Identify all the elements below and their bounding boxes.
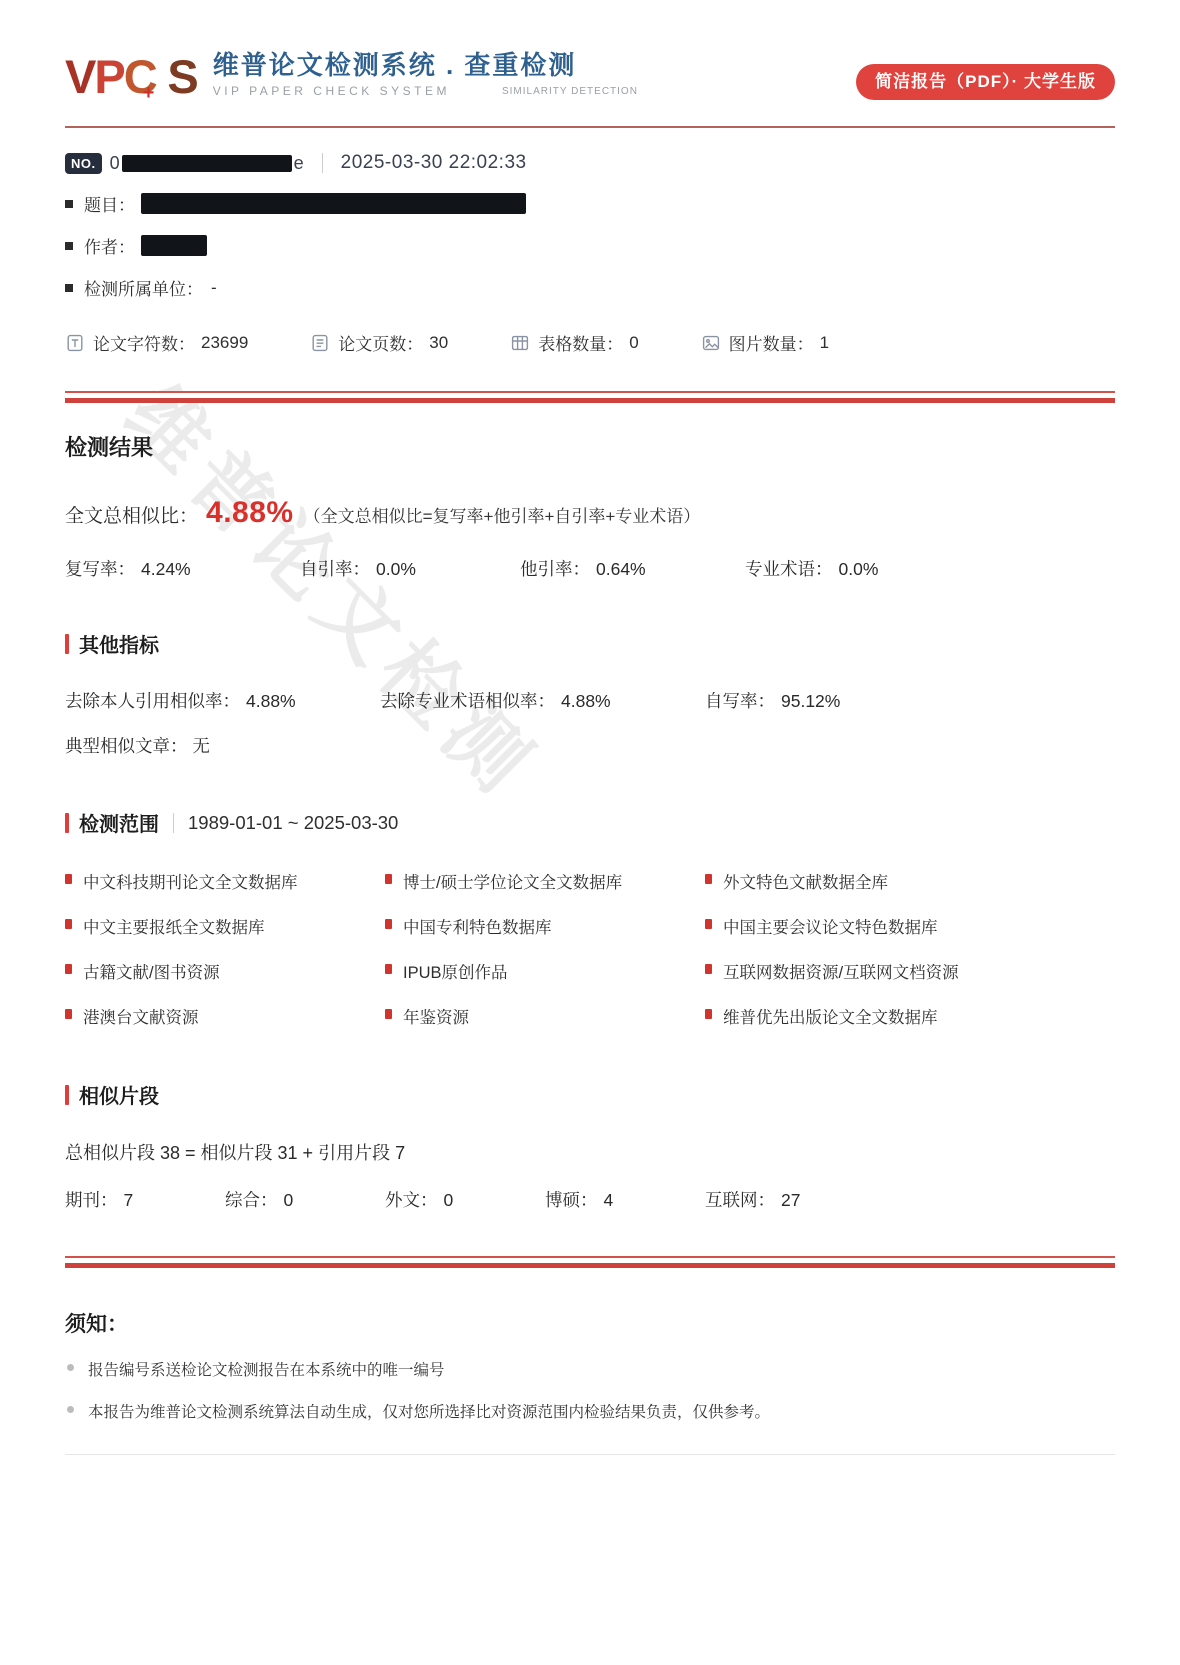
square-bullet-icon xyxy=(65,242,73,250)
count-internet: 互联网：27 xyxy=(705,1187,800,1212)
database-item: 外文特色文献数据全库 xyxy=(705,869,1115,893)
red-bar-icon xyxy=(65,1085,69,1105)
notice-text: 本报告为维普论文检测系统算法自动生成，仅对您所选择比对资源范围内检验结果负责，仅… xyxy=(88,1400,770,1422)
scope-title: 检测范围 xyxy=(79,808,159,837)
report-number-redaction xyxy=(122,155,292,172)
red-bar-icon xyxy=(65,634,69,654)
fragments-title: 相似片段 xyxy=(79,1080,159,1109)
meta-label: 检测所属单位： xyxy=(84,275,203,300)
section-separator xyxy=(65,391,1115,403)
logo-text-block: 维普论文检测系统 . 查重检测 VIP PAPER CHECK SYSTEM S… xyxy=(213,48,638,98)
metric-self-written: 自写率：95.12% xyxy=(705,688,840,713)
database-name: 年鉴资源 xyxy=(403,1004,469,1028)
database-item: IPUB原创作品 xyxy=(385,959,705,983)
report-number-row: NO. 0 e 2025-03-30 22:02:33 xyxy=(65,152,1115,174)
database-name: 中国专利特色数据库 xyxy=(403,914,552,938)
report-number-prefix: 0 xyxy=(110,153,120,174)
section-separator xyxy=(65,1256,1115,1268)
report-date: 2025-03-30 22:02:33 xyxy=(341,152,527,174)
database-item: 互联网数据资源/互联网文档资源 xyxy=(705,959,1115,983)
metric-excl-terminology: 去除专业术语相似率：4.88% xyxy=(380,688,705,713)
rate-value: 4.24% xyxy=(141,559,191,579)
dot-bullet-icon xyxy=(67,1406,74,1413)
database-name: 互联网数据资源/互联网文档资源 xyxy=(723,959,959,983)
document-stats-row: 论文字符数： 23699 论文页数： 30 表格数量： 0 xyxy=(65,330,1115,355)
rate-other-cite: 他引率：0.64% xyxy=(520,556,745,581)
total-similarity-label: 全文总相似比： xyxy=(65,501,198,528)
database-item: 中文主要报纸全文数据库 xyxy=(65,914,385,938)
logo-letter-s: S xyxy=(167,50,196,103)
count-label: 博硕： xyxy=(545,1190,598,1210)
red-bar-icon xyxy=(65,813,69,833)
image-count-icon xyxy=(701,333,721,353)
metric-excl-self-citation: 去除本人引用相似率：4.88% xyxy=(65,688,380,713)
count-thesis: 博硕：4 xyxy=(545,1187,705,1212)
meta-field-unit: 检测所属单位： - xyxy=(65,275,1115,300)
logo-letter-p: P xyxy=(94,50,123,103)
database-name: 中文主要报纸全文数据库 xyxy=(83,914,265,938)
stat-char-count: 论文字符数： 23699 xyxy=(65,330,248,355)
meta-divider xyxy=(322,153,323,173)
dot-bullet-icon xyxy=(67,1364,74,1371)
other-metrics-title: 其他指标 xyxy=(79,629,159,658)
report-header: VPC+S 维普论文检测系统 . 查重检测 VIP PAPER CHECK SY… xyxy=(65,0,1115,128)
count-label: 综合： xyxy=(225,1190,278,1210)
count-journal: 期刊：7 xyxy=(65,1187,225,1212)
database-item: 年鉴资源 xyxy=(385,1004,705,1028)
report-page: 维普论文检测 VPC+S 维普论文检测系统 . 查重检测 VIP PAPER C… xyxy=(0,0,1180,1665)
database-item: 中国专利特色数据库 xyxy=(385,914,705,938)
database-item: 古籍文献/图书资源 xyxy=(65,959,385,983)
result-heading: 检测结果 xyxy=(65,431,1115,462)
fragments-summary: 总相似片段 38 = 相似片段 31 + 引用片段 7 xyxy=(65,1139,1115,1165)
meta-label: 题目： xyxy=(84,191,135,216)
vpcs-logo-mark: VPC+S xyxy=(65,48,197,116)
page-count-icon xyxy=(310,333,330,353)
metric-value: 4.88% xyxy=(246,691,296,711)
square-bullet-icon xyxy=(65,284,73,292)
fragments-counts-row: 期刊：7 综合：0 外文：0 博硕：4 互联网：27 xyxy=(65,1187,1115,1212)
notice-heading: 须知： xyxy=(65,1308,1115,1338)
report-meta: NO. 0 e 2025-03-30 22:02:33 题目： 作者： 检测所属… xyxy=(65,152,1115,300)
database-item: 港澳台文献资源 xyxy=(65,1004,385,1028)
rate-copy: 复写率：4.24% xyxy=(65,556,300,581)
similarity-formula: （全文总相似比=复写率+他引率+自引率+专业术语） xyxy=(304,502,701,527)
rate-value: 0.0% xyxy=(376,559,416,579)
red-square-bullet-icon xyxy=(705,874,712,884)
count-value: 7 xyxy=(124,1190,134,1210)
scope-divider xyxy=(173,813,174,833)
stat-table-count: 表格数量： 0 xyxy=(510,330,638,355)
square-bullet-icon xyxy=(65,200,73,208)
red-square-bullet-icon xyxy=(705,919,712,929)
database-list: 中文科技期刊论文全文数据库 博士/硕士学位论文全文数据库 外文特色文献数据全库 … xyxy=(65,869,1115,1028)
rate-label: 他引率： xyxy=(520,559,590,579)
meta-value: - xyxy=(211,278,217,298)
bottom-divider xyxy=(65,1454,1115,1455)
metric-label: 自写率： xyxy=(705,691,775,711)
count-label: 互联网： xyxy=(705,1190,775,1210)
rate-label: 复写率： xyxy=(65,559,135,579)
other-metrics-row: 去除本人引用相似率：4.88% 去除专业术语相似率：4.88% 自写率：95.1… xyxy=(65,688,1115,713)
rate-value: 0.64% xyxy=(596,559,646,579)
report-number-suffix: e xyxy=(294,153,304,174)
rate-value: 0.0% xyxy=(839,559,879,579)
metric-value: 4.88% xyxy=(561,691,611,711)
stat-page-count: 论文页数： 30 xyxy=(310,330,448,355)
stat-label: 论文页数： xyxy=(338,330,423,355)
typical-label: 典型相似文章： xyxy=(65,736,188,756)
database-name: 博士/硕士学位论文全文数据库 xyxy=(403,869,622,893)
stat-label: 表格数量： xyxy=(538,330,623,355)
metric-label: 去除本人引用相似率： xyxy=(65,691,240,711)
table-count-icon xyxy=(510,333,530,353)
author-redaction xyxy=(141,235,207,256)
stat-value: 23699 xyxy=(201,333,248,353)
red-square-bullet-icon xyxy=(65,1009,72,1019)
rates-row: 复写率：4.24% 自引率：0.0% 他引率：0.64% 专业术语：0.0% xyxy=(65,556,1115,581)
scope-date-range: 1989-01-01 ~ 2025-03-30 xyxy=(188,812,398,834)
stat-label: 论文字符数： xyxy=(93,330,195,355)
system-title: 维普论文检测系统 . 查重检测 xyxy=(213,48,638,82)
database-name: 古籍文献/图书资源 xyxy=(83,959,220,983)
red-square-bullet-icon xyxy=(65,919,72,929)
database-name: 中文科技期刊论文全文数据库 xyxy=(83,869,298,893)
database-item: 维普优先出版论文全文数据库 xyxy=(705,1004,1115,1028)
stat-value: 1 xyxy=(820,333,829,353)
report-type-badge: 简洁报告（PDF）· 大学生版 xyxy=(856,64,1115,100)
subtitle-en-left: VIP PAPER CHECK SYSTEM xyxy=(213,84,450,98)
meta-field-title: 题目： xyxy=(65,191,1115,216)
notice-item: 报告编号系送检论文检测报告在本系统中的唯一编号 xyxy=(65,1358,1115,1380)
red-square-bullet-icon xyxy=(385,874,392,884)
char-count-icon xyxy=(65,333,85,353)
logo-plus-icon: + xyxy=(143,82,155,104)
database-item: 博士/硕士学位论文全文数据库 xyxy=(385,869,705,893)
database-name: 外文特色文献数据全库 xyxy=(723,869,888,893)
red-square-bullet-icon xyxy=(705,1009,712,1019)
typical-article-line: 典型相似文章： 无 xyxy=(65,733,1115,758)
count-value: 27 xyxy=(781,1190,800,1210)
rate-self-cite: 自引率：0.0% xyxy=(300,556,520,581)
count-value: 0 xyxy=(284,1190,294,1210)
rate-label: 自引率： xyxy=(300,559,370,579)
red-square-bullet-icon xyxy=(65,964,72,974)
total-similarity-line: 全文总相似比： 4.88% （全文总相似比=复写率+他引率+自引率+专业术语） xyxy=(65,496,1115,530)
count-label: 期刊： xyxy=(65,1190,118,1210)
red-square-bullet-icon xyxy=(705,964,712,974)
subtitle-en-right: SIMILARITY DETECTION xyxy=(502,86,638,98)
count-comprehensive: 综合：0 xyxy=(225,1187,385,1212)
title-redaction xyxy=(141,193,526,214)
red-square-bullet-icon xyxy=(385,919,392,929)
database-name: IPUB原创作品 xyxy=(403,959,508,983)
red-square-bullet-icon xyxy=(385,1009,392,1019)
metric-value: 95.12% xyxy=(781,691,840,711)
count-value: 4 xyxy=(604,1190,614,1210)
red-square-bullet-icon xyxy=(65,874,72,884)
database-item: 中文科技期刊论文全文数据库 xyxy=(65,869,385,893)
database-name: 港澳台文献资源 xyxy=(83,1004,199,1028)
vpcs-logo: VPC+S 维普论文检测系统 . 查重检测 VIP PAPER CHECK SY… xyxy=(65,48,638,116)
metric-label: 去除专业术语相似率： xyxy=(380,691,555,711)
stat-image-count: 图片数量： 1 xyxy=(701,330,829,355)
no-badge: NO. xyxy=(65,153,102,174)
database-item: 中国主要会议论文特色数据库 xyxy=(705,914,1115,938)
rate-label: 专业术语： xyxy=(745,559,833,579)
database-name: 维普优先出版论文全文数据库 xyxy=(723,1004,938,1028)
red-square-bullet-icon xyxy=(385,964,392,974)
system-subtitle: VIP PAPER CHECK SYSTEM SIMILARITY DETECT… xyxy=(213,84,638,98)
typical-value: 无 xyxy=(192,736,210,756)
other-metrics-header: 其他指标 xyxy=(65,629,1115,658)
notice-item: 本报告为维普论文检测系统算法自动生成，仅对您所选择比对资源范围内检验结果负责，仅… xyxy=(65,1400,1115,1422)
scope-header: 检测范围 1989-01-01 ~ 2025-03-30 xyxy=(65,808,1115,837)
notice-text: 报告编号系送检论文检测报告在本系统中的唯一编号 xyxy=(88,1358,445,1380)
count-label: 外文： xyxy=(385,1190,438,1210)
logo-letter-v: V xyxy=(65,50,94,103)
stat-value: 30 xyxy=(429,333,448,353)
total-similarity-value: 4.88% xyxy=(206,496,294,530)
count-value: 0 xyxy=(444,1190,454,1210)
stat-label: 图片数量： xyxy=(729,330,814,355)
count-foreign: 外文：0 xyxy=(385,1187,545,1212)
rate-terminology: 专业术语：0.0% xyxy=(745,556,878,581)
meta-label: 作者： xyxy=(84,233,135,258)
meta-field-author: 作者： xyxy=(65,233,1115,258)
stat-value: 0 xyxy=(629,333,638,353)
database-name: 中国主要会议论文特色数据库 xyxy=(723,914,938,938)
fragments-header: 相似片段 xyxy=(65,1080,1115,1109)
